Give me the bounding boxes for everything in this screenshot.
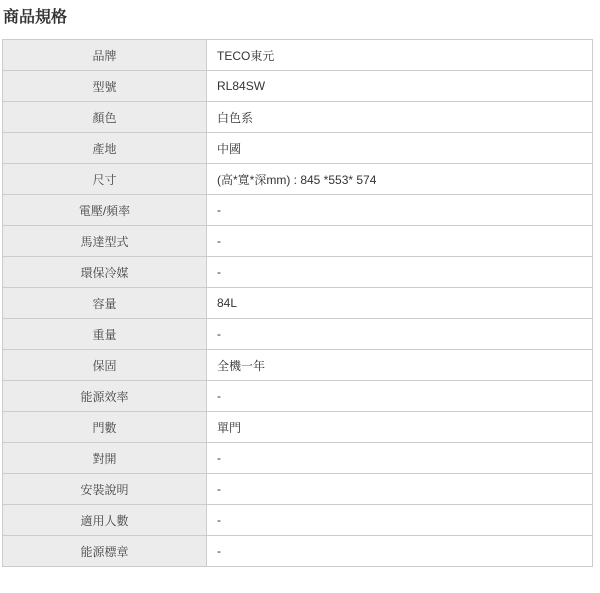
spec-value-cell: - [207, 505, 593, 536]
spec-label-cell: 容量 [3, 288, 207, 319]
spec-row: 品牌 TECO東元 [3, 40, 593, 71]
spec-label-cell: 能源效率 [3, 381, 207, 412]
spec-value-cell: - [207, 381, 593, 412]
spec-value-cell: RL84SW [207, 71, 593, 102]
spec-label-cell: 品牌 [3, 40, 207, 71]
spec-row: 容量 84L [3, 288, 593, 319]
spec-value-cell: - [207, 195, 593, 226]
spec-label-cell: 保固 [3, 350, 207, 381]
spec-label-cell: 重量 [3, 319, 207, 350]
spec-row: 能源效率 - [3, 381, 593, 412]
spec-label-cell: 產地 [3, 133, 207, 164]
spec-label-cell: 顏色 [3, 102, 207, 133]
spec-value-cell: - [207, 536, 593, 567]
spec-row: 能源標章 - [3, 536, 593, 567]
spec-row: 型號 RL84SW [3, 71, 593, 102]
spec-value-cell: - [207, 257, 593, 288]
spec-label-cell: 電壓/頻率 [3, 195, 207, 226]
spec-label-cell: 能源標章 [3, 536, 207, 567]
spec-table: 品牌 TECO東元 型號 RL84SW 顏色 白色系 產地 中國 尺寸 (高*寬… [2, 39, 593, 567]
spec-row: 產地 中國 [3, 133, 593, 164]
spec-value-cell: (高*寬*深mm) : 845 *553* 574 [207, 164, 593, 195]
spec-label-cell: 對開 [3, 443, 207, 474]
spec-label-cell: 馬達型式 [3, 226, 207, 257]
product-spec-page: 商品規格 品牌 TECO東元 型號 RL84SW 顏色 白色系 產地 中國 尺寸… [0, 0, 600, 593]
spec-row: 安裝說明 - [3, 474, 593, 505]
spec-table-body: 品牌 TECO東元 型號 RL84SW 顏色 白色系 產地 中國 尺寸 (高*寬… [3, 40, 593, 567]
spec-row: 馬達型式 - [3, 226, 593, 257]
spec-value-cell: - [207, 319, 593, 350]
spec-value-cell: 單門 [207, 412, 593, 443]
spec-label-cell: 安裝說明 [3, 474, 207, 505]
spec-label-cell: 門數 [3, 412, 207, 443]
spec-value-cell: - [207, 474, 593, 505]
spec-value-cell: 中國 [207, 133, 593, 164]
spec-label-cell: 環保冷媒 [3, 257, 207, 288]
spec-row: 顏色 白色系 [3, 102, 593, 133]
spec-row: 適用人數 - [3, 505, 593, 536]
spec-label-cell: 尺寸 [3, 164, 207, 195]
spec-row: 保固 全機一年 [3, 350, 593, 381]
spec-label-cell: 適用人數 [3, 505, 207, 536]
spec-value-cell: 全機一年 [207, 350, 593, 381]
spec-value-cell: 84L [207, 288, 593, 319]
spec-row: 電壓/頻率 - [3, 195, 593, 226]
spec-row: 環保冷媒 - [3, 257, 593, 288]
spec-row: 門數 單門 [3, 412, 593, 443]
page-title: 商品規格 [0, 0, 600, 29]
spec-row: 重量 - [3, 319, 593, 350]
spec-label-cell: 型號 [3, 71, 207, 102]
spec-value-cell: 白色系 [207, 102, 593, 133]
spec-value-cell: - [207, 226, 593, 257]
spec-value-cell: - [207, 443, 593, 474]
spec-row: 對開 - [3, 443, 593, 474]
spec-row: 尺寸 (高*寬*深mm) : 845 *553* 574 [3, 164, 593, 195]
spec-value-cell: TECO東元 [207, 40, 593, 71]
